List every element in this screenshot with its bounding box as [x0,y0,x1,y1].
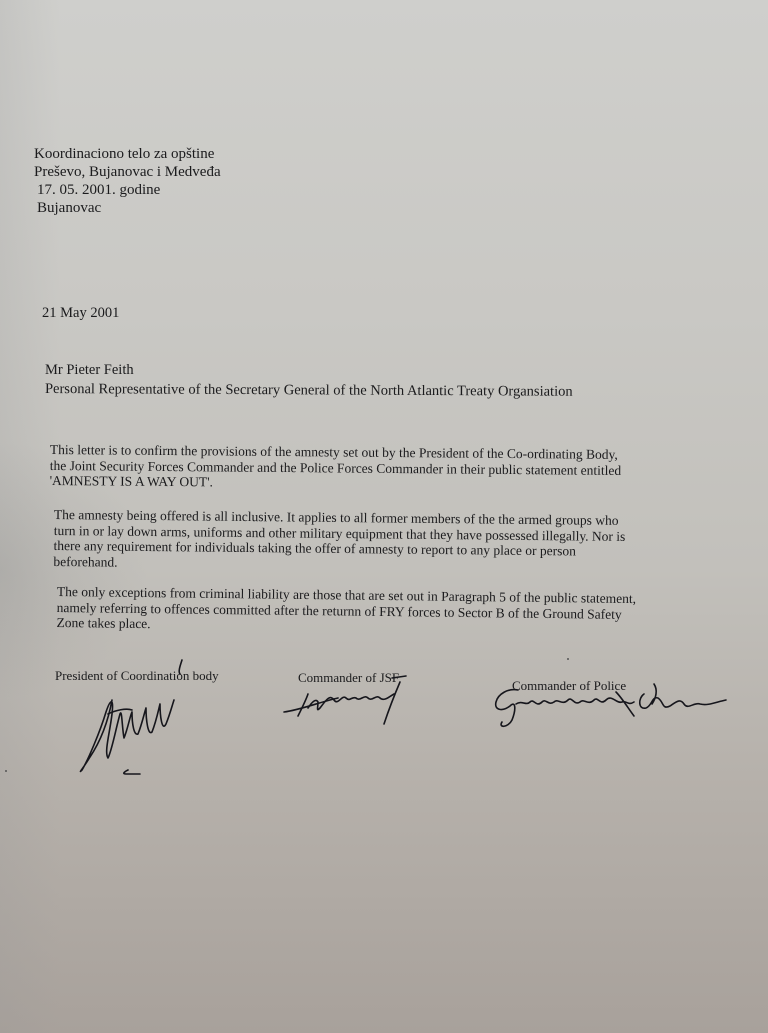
letter-date: 21 May 2001 [42,305,119,322]
paragraph-1: This letter is to confirm the provisions… [50,442,622,493]
paper-speck [5,770,7,772]
sender-block: Koordinaciono telo za opštine Preševo, B… [34,145,221,217]
signature-label-president: President of Coordination body [55,668,219,684]
recipient-name: Mr Pieter Feith [45,361,573,380]
sender-line: Koordinaciono telo za opštine [34,145,221,163]
signature-label-jsf: Commander of JSF [298,670,399,686]
sender-city: Bujanovac [34,199,221,217]
recipient-title: Personal Representative of the Secretary… [45,380,573,402]
paragraph-2: The amnesty being offered is all inclusi… [53,507,625,575]
paragraph-3: The only exceptions from criminal liabil… [56,584,636,638]
sender-date: 17. 05. 2001. godine [34,181,221,199]
paper-speck [567,658,569,660]
recipient-block: Mr Pieter Feith Personal Representative … [45,361,573,399]
sender-line: Preševo, Bujanovac i Medveđa [34,163,221,181]
signature-label-police: Commander of Police [512,678,626,694]
